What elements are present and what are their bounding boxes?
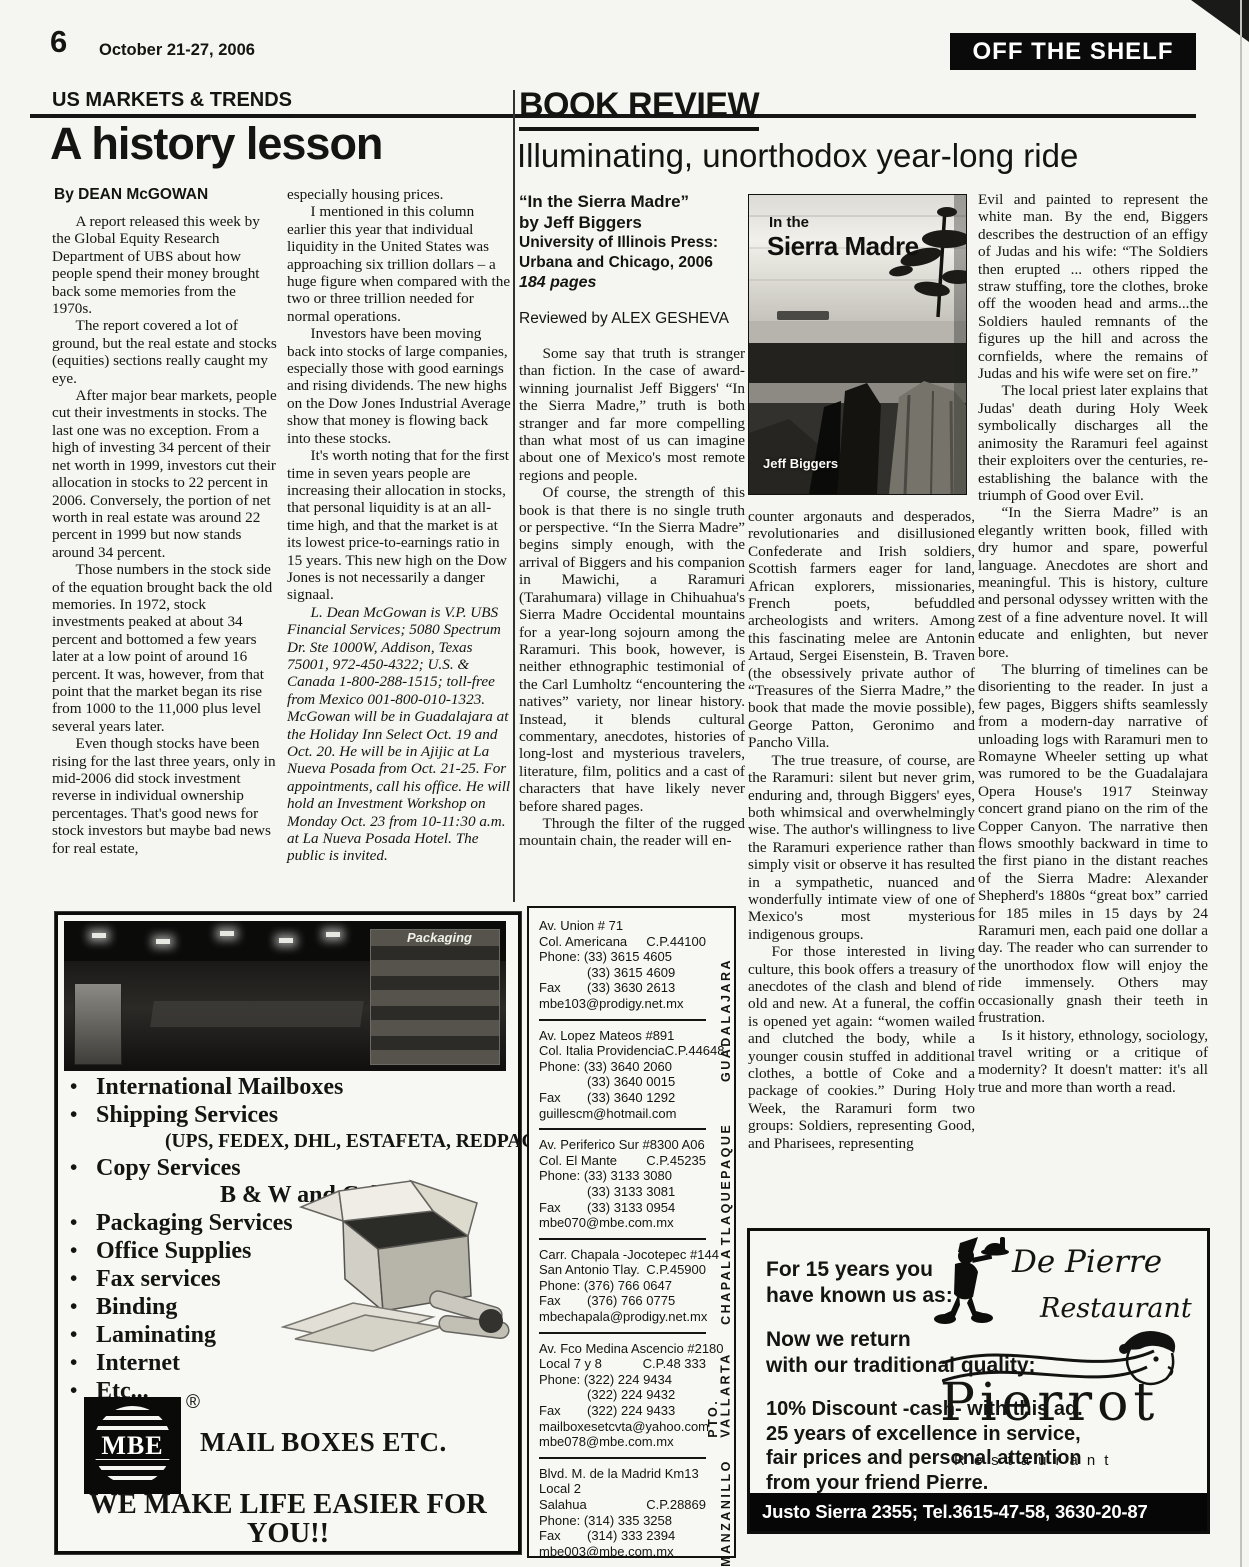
address-text: (376) 766 0775 [587, 1293, 675, 1309]
address-text: mailboxesetcvta@yahoo.com [539, 1419, 709, 1435]
issue-date: October 21-27, 2006 [99, 42, 255, 59]
paragraph: Even though stocks have been rising for … [52, 735, 279, 857]
packaging-sign: Packaging [407, 931, 472, 944]
paragraph: For those interested in living culture, … [748, 943, 975, 1152]
bullet-icon: • [70, 1209, 96, 1236]
page-edge [1240, 0, 1242, 1567]
postal-code: C.P.48 333 [643, 1356, 706, 1372]
address-line: Local 7 y 8C.P.48 333 [539, 1356, 706, 1372]
postal-code: C.P.45235 [646, 1153, 706, 1169]
address-line: guillescm@hotmail.com [539, 1106, 706, 1122]
postal-code: C.P.44648 [665, 1043, 725, 1059]
address-text: (33) 3615 4609 [587, 965, 675, 981]
bullet-icon: • [70, 1349, 96, 1376]
mbe-logo-text: MBE [84, 1433, 181, 1459]
pierrot-logo-name: Pierrot [940, 1377, 1159, 1429]
address-text: mbe103@prodigy.net.mx [539, 996, 683, 1012]
address-line: Phone: (376) 766 0647 [539, 1278, 706, 1294]
service-label: Laminating [96, 1322, 216, 1348]
author-bio: L. Dean McGowan is V.P. UBS Financial Se… [287, 604, 513, 865]
address-text: (314) 333 2394 [587, 1528, 675, 1544]
service-label: Internet [96, 1350, 180, 1376]
location-group: Av. Periferico Sur #8300 A06Col. El Mant… [539, 1137, 730, 1231]
location-block: Av. Periferico Sur #8300 A06Col. El Mant… [539, 1137, 706, 1231]
paragraph: The report covered a lot of ground, but … [52, 317, 279, 387]
address-line: SalahuaC.P.28869 [539, 1497, 706, 1513]
address-text: Salahua [539, 1497, 587, 1513]
address-text: Phone: (314) 335 3258 [539, 1513, 672, 1529]
column-divider [513, 90, 515, 902]
address-line: mbe070@mbe.com.mx [539, 1215, 706, 1231]
bullet-icon: • [70, 1321, 96, 1348]
address-text: Av. Fco Medina Ascencio #2180 [539, 1341, 724, 1357]
service-label: Binding [96, 1294, 177, 1320]
paragraph: Of course, the strength of this book is … [519, 484, 745, 815]
section-banner: OFF THE SHELF [950, 33, 1196, 70]
fax-label: Fax [539, 1200, 587, 1216]
book-pages: 184 pages [519, 273, 745, 293]
address-line: Blvd. M. de la Madrid Km13 [539, 1466, 706, 1482]
paragraph: Investors have been moving back into sto… [287, 325, 513, 447]
address-text: Col. El Mante [539, 1153, 617, 1169]
address-line: mbe003@mbe.com.mx [539, 1544, 706, 1560]
address-text: (322) 224 9433 [587, 1403, 675, 1419]
service-label: Copy Services [96, 1155, 241, 1181]
address-text: mbe070@mbe.com.mx [539, 1215, 674, 1231]
ceiling-light [279, 938, 293, 943]
address-text: (33) 3133 0954 [587, 1200, 675, 1216]
address-line: Av. Fco Medina Ascencio #2180 [539, 1341, 706, 1357]
postal-code: C.P.45900 [646, 1262, 706, 1278]
city-label: GUADALAJARA [720, 958, 733, 1082]
location-group: Carr. Chapala -Jocotepec #144San Antonio… [539, 1247, 730, 1325]
waiter-icon [932, 1237, 1012, 1327]
cover-author: Jeff Biggers [763, 457, 838, 470]
open-box-illustration [281, 1151, 516, 1356]
address-text: Col. Americana [539, 934, 627, 950]
address-text: Local 2 [539, 1481, 581, 1497]
mbe-locations-box: Av. Union # 71Col. AmericanaC.P.44100Pho… [527, 906, 736, 1558]
address-line: Col. El ManteC.P.45235 [539, 1153, 706, 1169]
fax-label: Fax [539, 980, 587, 996]
book-author: by Jeff Biggers [519, 212, 745, 233]
bullet-icon: • [70, 1073, 96, 1100]
paragraph: I mentioned in this column earlier this … [287, 203, 513, 325]
address-line: San Antonio Tlay.C.P.45900 [539, 1262, 706, 1278]
book-publisher: University of Illinois Press: [519, 233, 745, 253]
cover-title: Sierra Madre [767, 233, 919, 259]
bullet-icon: • [70, 1101, 96, 1128]
service-item: •International Mailboxes [70, 1073, 512, 1101]
markets-kicker: US MARKETS & TRENDS [52, 90, 292, 117]
review-column-3: Evil and painted to represent the white … [978, 191, 1208, 1096]
page-number: 6 [50, 26, 67, 57]
address-line: mbe078@mbe.com.mx [539, 1434, 706, 1450]
fax-label: Fax [539, 1090, 587, 1106]
de-pierre-restaurant-script: Restaurant [1040, 1295, 1192, 1322]
address-line: Av. Union # 71 [539, 918, 706, 934]
review-column-1: “In the Sierra Madre” by Jeff Biggers Un… [519, 191, 745, 850]
city-label: TLAQUEPAQUE [720, 1123, 733, 1245]
mbe-brand-name: MAIL BOXES ETC. [200, 1429, 447, 1456]
address-text: Blvd. M. de la Madrid Km13 [539, 1466, 699, 1482]
address-line: Fax(314) 333 2394 [539, 1528, 706, 1544]
location-group: Av. Fco Medina Ascencio #2180Local 7 y 8… [539, 1341, 730, 1450]
address-line: Col. AmericanaC.P.44100 [539, 934, 706, 950]
paragraph: After major bear markets, people cut the… [52, 387, 279, 561]
cover-title-small: In the [769, 215, 809, 230]
mbe-logo: MBE [84, 1397, 181, 1494]
address-text: (33) 3640 0015 [587, 1074, 675, 1090]
address-text: San Antonio Tlay. [539, 1262, 640, 1278]
bullet-icon: • [70, 1265, 96, 1292]
location-block: Av. Fco Medina Ascencio #2180Local 7 y 8… [539, 1341, 706, 1450]
address-text: mbechapala@prodigy.net.mx [539, 1309, 707, 1325]
pierrot-address-bar: Justo Sierra 2355; Tel.3615-47-58, 3630-… [750, 1493, 1207, 1531]
paragraph: Evil and painted to represent the white … [978, 191, 1208, 382]
location-group: Blvd. M. de la Madrid Km13Local 2Salahua… [539, 1466, 730, 1560]
pierrot-advertisement: For 15 years youhave known us as: Now we… [747, 1228, 1210, 1534]
city-label: PTO. VALLARTA [707, 1352, 732, 1438]
address-line: Carr. Chapala -Jocotepec #144 [539, 1247, 706, 1263]
paragraph: have known us as: [766, 1283, 953, 1309]
bullet-icon: • [70, 1154, 96, 1181]
address-line: Fax(33) 3630 2613 [539, 980, 706, 996]
paragraph: Is it history, ethnology, sociology, tra… [978, 1027, 1208, 1097]
newspaper-page: 6 October 21-27, 2006 OFF THE SHELF US M… [0, 0, 1249, 1567]
book-cover: In the Sierra Madre Jeff Biggers [748, 194, 967, 495]
address-text: Carr. Chapala -Jocotepec #144 [539, 1247, 719, 1263]
address-line: Phone: (33) 3640 2060 [539, 1059, 706, 1075]
address-line: Fax(322) 224 9433 [539, 1403, 706, 1419]
location-group: Av. Union # 71Col. AmericanaC.P.44100Pho… [539, 918, 730, 1121]
paragraph: For 15 years you [766, 1257, 953, 1283]
address-text: Phone: (376) 766 0647 [539, 1278, 672, 1294]
address-line: (33) 3640 0015 [539, 1074, 706, 1090]
address-text: mbe003@mbe.com.mx [539, 1544, 674, 1560]
address-line: Av. Periferico Sur #8300 A06 [539, 1137, 706, 1153]
address-text: Av. Periferico Sur #8300 A06 [539, 1137, 705, 1153]
city-label: MANZANILLO [720, 1459, 733, 1567]
bullet-icon: • [70, 1237, 96, 1264]
postal-code: C.P.28869 [646, 1497, 706, 1513]
paragraph: It's worth noting that for the first tim… [287, 447, 513, 604]
address-line: Phone: (33) 3615 4605 [539, 949, 706, 965]
address-text: Av. Lopez Mateos #891 [539, 1028, 674, 1044]
paragraph: Some say that truth is stranger than fic… [519, 345, 745, 484]
paragraph: especially housing prices. [287, 186, 513, 203]
markets-headline: A history lesson [50, 120, 382, 167]
address-text: (33) 3133 3081 [587, 1184, 675, 1200]
address-line: Fax(33) 3133 0954 [539, 1200, 706, 1216]
address-text: (322) 224 9432 [587, 1387, 675, 1403]
photo-counter [150, 1001, 364, 1027]
address-text: Phone: (33) 3640 2060 [539, 1059, 672, 1075]
mbe-advertisement: Packaging •International Mailboxes•Shipp… [55, 912, 521, 1554]
address-line: Av. Lopez Mateos #891 [539, 1028, 706, 1044]
address-line: Phone: (33) 3133 3080 [539, 1168, 706, 1184]
address-text: guillescm@hotmail.com [539, 1106, 676, 1122]
store-photo: Packaging [64, 921, 506, 1071]
paragraph: counter argonauts and desperados, revolu… [748, 508, 975, 752]
de-pierre-script: De Pierre [1012, 1247, 1162, 1278]
paragraph: from your friend Pierre. [766, 1471, 1083, 1496]
book-info: “In the Sierra Madre” by Jeff Biggers Un… [519, 191, 745, 329]
review-kicker: BOOK REVIEW [519, 88, 759, 131]
markets-column-1: A report released this week by the Globa… [52, 213, 279, 857]
registered-trademark: ® [186, 1393, 200, 1412]
address-line: (322) 224 9432 [539, 1387, 706, 1403]
fax-label: Fax [539, 1528, 587, 1544]
paragraph: A report released this week by the Globa… [52, 213, 279, 317]
address-line: Phone: (322) 224 9434 [539, 1372, 706, 1388]
photo-shelving [370, 929, 500, 1065]
location-block: Carr. Chapala -Jocotepec #144San Antonio… [539, 1247, 706, 1325]
ceiling-light [220, 931, 234, 936]
service-label: International Mailboxes [96, 1074, 343, 1100]
postal-code: C.P.44100 [646, 934, 706, 950]
address-line: (33) 3133 3081 [539, 1184, 706, 1200]
paragraph: Those numbers in the stock side of the e… [52, 561, 279, 735]
address-text: mbe078@mbe.com.mx [539, 1434, 674, 1450]
fax-label: Fax [539, 1403, 587, 1419]
address-line: Fax(33) 3640 1292 [539, 1090, 706, 1106]
mbe-tagline: WE MAKE LIFE EASIER FOR YOU!! [58, 1491, 518, 1548]
service-label: Fax services [96, 1266, 221, 1292]
review-headline: Illuminating, unorthodox year-long ride [517, 138, 1207, 174]
address-line: Local 2 [539, 1481, 706, 1497]
paragraph: Through the filter of the rugged mountai… [519, 815, 745, 850]
fax-label: Fax [539, 1293, 587, 1309]
pierrot-intro-1: For 15 years youhave known us as: [766, 1257, 953, 1309]
address-text: Col. Italia Providencia [539, 1043, 665, 1059]
ceiling-light [156, 939, 170, 944]
service-label: Packaging Services [96, 1210, 293, 1236]
service-label: Office Supplies [96, 1238, 251, 1264]
book-title: “In the Sierra Madre” [519, 191, 745, 212]
ceiling-light [92, 933, 106, 938]
address-text: Phone: (33) 3133 3080 [539, 1168, 672, 1184]
address-text: Phone: (33) 3615 4605 [539, 949, 672, 965]
address-text: (33) 3630 2613 [587, 980, 675, 996]
service-item: •Shipping Services [70, 1101, 512, 1129]
address-line: mbechapala@prodigy.net.mx [539, 1309, 706, 1325]
address-line: mailboxesetcvta@yahoo.com [539, 1419, 706, 1435]
paragraph: The local priest later explains that Jud… [978, 382, 1208, 504]
address-line: (33) 3615 4609 [539, 965, 706, 981]
reviewer-credit: Reviewed by ALEX GESHEVA [519, 309, 745, 329]
location-block: Blvd. M. de la Madrid Km13Local 2Salahua… [539, 1466, 706, 1560]
address-text: Phone: (322) 224 9434 [539, 1372, 672, 1388]
location-block: Av. Union # 71Col. AmericanaC.P.44100Pho… [539, 918, 706, 1012]
markets-column-2: especially housing prices.I mentioned in… [287, 186, 513, 865]
markets-byline: By DEAN McGOWAN [54, 187, 208, 203]
address-text: Local 7 y 8 [539, 1356, 602, 1372]
review-column-2: counter argonauts and desperados, revolu… [748, 508, 975, 1152]
paragraph: The true treasure, of course, are the Ra… [748, 752, 975, 943]
city-label: CHAPALA [720, 1247, 733, 1325]
address-line: Col. Italia ProvidenciaC.P.44648 [539, 1043, 706, 1059]
paragraph: The blurring of timelines can be disorie… [978, 661, 1208, 1027]
address-line: mbe103@prodigy.net.mx [539, 996, 706, 1012]
book-publisher-city: Urbana and Chicago, 2006 [519, 253, 745, 273]
address-line: Fax(376) 766 0775 [539, 1293, 706, 1309]
pierrot-logo-restaurant: Restaurant [954, 1453, 1117, 1468]
paragraph: “In the Sierra Madre” is an elegantly wr… [978, 504, 1208, 661]
address-text: Av. Union # 71 [539, 918, 623, 934]
ceiling-light [326, 932, 340, 937]
bullet-icon: • [70, 1293, 96, 1320]
photo-copier [74, 983, 122, 1065]
service-label: Shipping Services [96, 1102, 278, 1128]
location-block: Av. Lopez Mateos #891Col. Italia Provide… [539, 1028, 706, 1122]
address-text: (33) 3640 1292 [587, 1090, 675, 1106]
address-line: Phone: (314) 335 3258 [539, 1513, 706, 1529]
